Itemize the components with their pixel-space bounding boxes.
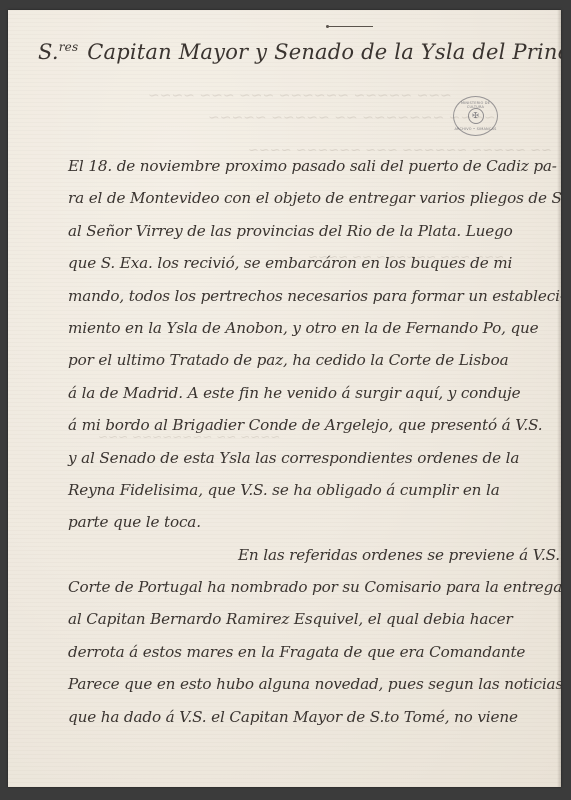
letter-page: ~~~ ~~~~~ ~~~~~~ ~~~ ~~~ ~~~~ ~~~~ ~~~~~…: [8, 10, 561, 787]
paragraph-start-line: En las referidas ordenes se previene á V…: [68, 539, 553, 571]
body-line: parte que le toca.: [68, 506, 553, 538]
body-line: al Señor Virrey de las provincias del Ri…: [68, 215, 553, 247]
page-edge-shadow: [557, 10, 561, 787]
body-line: al Capitan Bernardo Ramirez Esquivel, el…: [68, 603, 553, 635]
body-line: derrota á estos mares en la Fragata de q…: [68, 636, 553, 668]
salutation-abbrev: S.: [38, 40, 59, 64]
archive-stamp: MINISTERIO DE CULTURA ✠ ARCHIVO • SIMANC…: [453, 96, 498, 136]
stamp-bottom-text: ARCHIVO • SIMANCAS: [454, 127, 497, 131]
recipient-title: Capitan Mayor y Senado de la Ysla del Pr…: [87, 40, 561, 64]
body-line: que S. Exa. los recivió, se embarcáron e…: [68, 247, 553, 279]
body-line: Corte de Portugal ha nombrado por su Com…: [68, 571, 553, 603]
letter-body: El 18. de noviembre proximo pasado sali …: [68, 150, 553, 733]
body-line: ra el de Montevideo con el objeto de ent…: [68, 182, 553, 214]
stamp-top-text: MINISTERIO DE CULTURA: [454, 101, 497, 109]
salutation-superscript: res: [59, 40, 79, 54]
body-line: mando, todos los pertrechos necesarios p…: [68, 280, 553, 312]
body-line: Reyna Fidelisima, que V.S. se ha obligad…: [68, 474, 553, 506]
body-line: que ha dado á V.S. el Capitan Mayor de S…: [68, 701, 553, 733]
body-line: por el ultimo Tratado de paz, ha cedido …: [68, 344, 553, 376]
body-line: á mi bordo al Brigadier Conde de Argelej…: [68, 409, 553, 441]
stamp-emblem-icon: ✠: [468, 108, 484, 124]
body-line: á la de Madrid. A este fin he venido á s…: [68, 377, 553, 409]
pen-mark: [328, 26, 373, 27]
body-line: y al Senado de esta Ysla las correspondi…: [68, 442, 553, 474]
body-line: Parece que en esto hubo alguna novedad, …: [68, 668, 553, 700]
letter-address-line: S.res Capitan Mayor y Senado de la Ysla …: [38, 40, 561, 64]
bleed-through-text: ~~~ ~~~~~ ~~~~~~ ~~~ ~~~ ~~~~: [148, 88, 452, 104]
scan-frame: ~~~ ~~~~~ ~~~~~~ ~~~ ~~~ ~~~~ ~~~~ ~~~~~…: [0, 0, 571, 800]
body-line: miento en la Ysla de Anobon, y otro en l…: [68, 312, 553, 344]
body-line: El 18. de noviembre proximo pasado sali …: [68, 150, 553, 182]
